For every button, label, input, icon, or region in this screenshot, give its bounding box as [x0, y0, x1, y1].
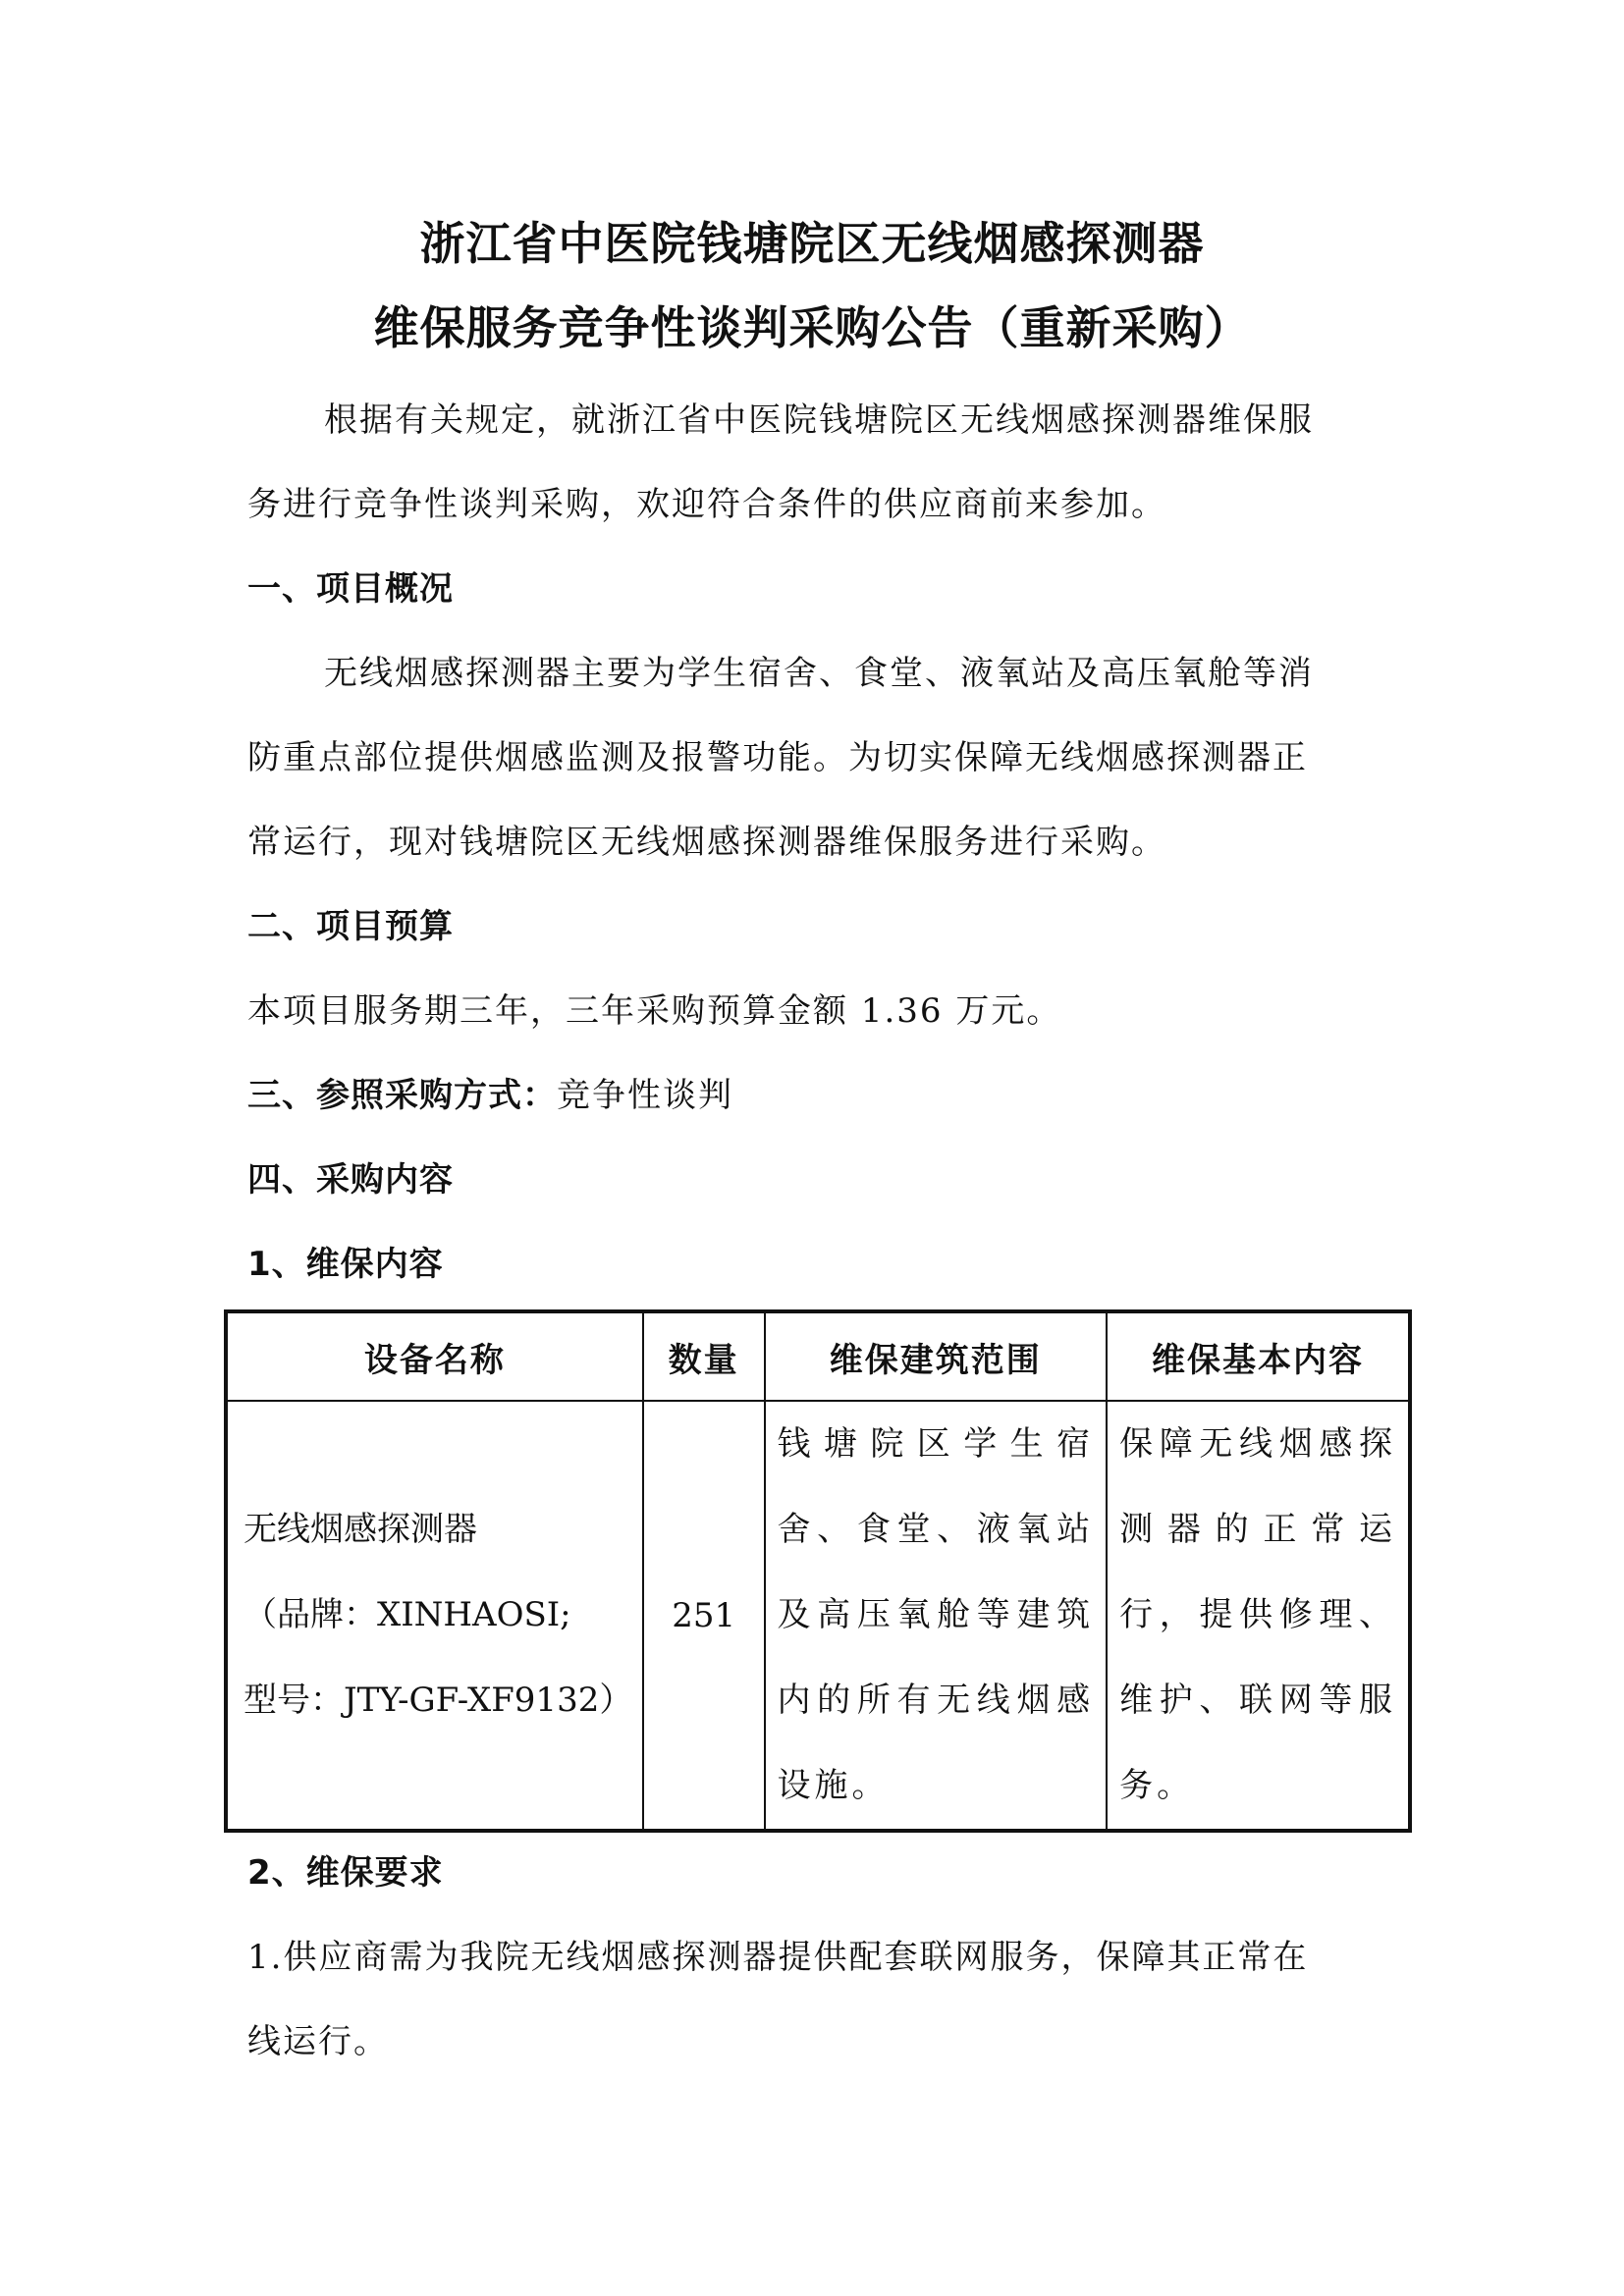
method-value: 竞争性谈判 — [557, 1076, 733, 1115]
budget-text: 本项目服务期三年，三年采购预算金额 1.36 万元。 — [247, 984, 1061, 1032]
overview-line-1: 无线烟感探测器主要为学生宿舍、食堂、液氧站及高压氧舱等消 — [324, 646, 1314, 694]
intro-paragraph-line-2: 务进行竞争性谈判采购，欢迎符合条件的供应商前来参加。 — [247, 477, 1166, 525]
table-header-quantity: 数量 — [643, 1311, 765, 1401]
method-line: 三、参照采购方式：竞争性谈判 — [247, 1068, 733, 1116]
table-header-device-name: 设备名称 — [226, 1311, 643, 1401]
overview-line-3: 常运行，现对钱塘院区无线烟感探测器维保服务进行采购。 — [247, 815, 1166, 863]
document-page: 浙江省中医院钱塘院区无线烟感探测器 维保服务竞争性谈判采购公告（重新采购） 根据… — [0, 0, 1624, 2296]
table-header-service: 维保基本内容 — [1107, 1311, 1410, 1401]
table-cell-scope: 钱塘院区学生宿舍、食堂、液氧站及高压氧舱等建筑内的所有无线烟感设施。 — [765, 1401, 1108, 1831]
intro-paragraph-line-1: 根据有关规定，就浙江省中医院钱塘院区无线烟感探测器维保服 — [324, 393, 1314, 441]
section-heading-budget: 二、项目预算 — [247, 899, 454, 947]
section-heading-overview: 一、项目概况 — [247, 561, 454, 610]
document-title-line-1: 浙江省中医院钱塘院区无线烟感探测器 — [0, 208, 1624, 273]
requirement-1-line-2: 线运行。 — [247, 2014, 389, 2062]
table-cell-device-name: 无线烟感探测器 （品牌：XINHAOSI; 型号：JTY-GF-XF9132） — [226, 1401, 643, 1831]
table-cell-service: 保障无线烟感探测器的正常运行，提供修理、维护、联网等服务。 — [1107, 1401, 1410, 1831]
maintenance-table: 设备名称 数量 维保建筑范围 维保基本内容 无线烟感探测器 （品牌：XINHAO… — [224, 1309, 1412, 1833]
section-heading-method: 三、参照采购方式： — [247, 1076, 557, 1115]
requirement-1-line-1: 1.供应商需为我院无线烟感探测器提供配套联网服务，保障其正常在 — [247, 1930, 1308, 1978]
overview-line-2: 防重点部位提供烟感监测及报警功能。为切实保障无线烟感探测器正 — [247, 730, 1308, 778]
table-header-scope: 维保建筑范围 — [765, 1311, 1108, 1401]
subheading-maintenance-content: 1、维保内容 — [247, 1237, 444, 1285]
table-row: 无线烟感探测器 （品牌：XINHAOSI; 型号：JTY-GF-XF9132） … — [226, 1401, 1410, 1831]
device-name: 无线烟感探测器 — [244, 1487, 642, 1573]
device-brand: （品牌：XINHAOSI; — [244, 1573, 642, 1658]
subheading-maintenance-requirements: 2、维保要求 — [247, 1845, 444, 1894]
table-cell-quantity: 251 — [643, 1401, 765, 1831]
section-heading-content: 四、采购内容 — [247, 1152, 454, 1201]
table-header-row: 设备名称 数量 维保建筑范围 维保基本内容 — [226, 1311, 1410, 1401]
device-model: 型号：JTY-GF-XF9132） — [244, 1658, 642, 1743]
document-title-line-2: 维保服务竞争性谈判采购公告（重新采购） — [0, 293, 1624, 357]
